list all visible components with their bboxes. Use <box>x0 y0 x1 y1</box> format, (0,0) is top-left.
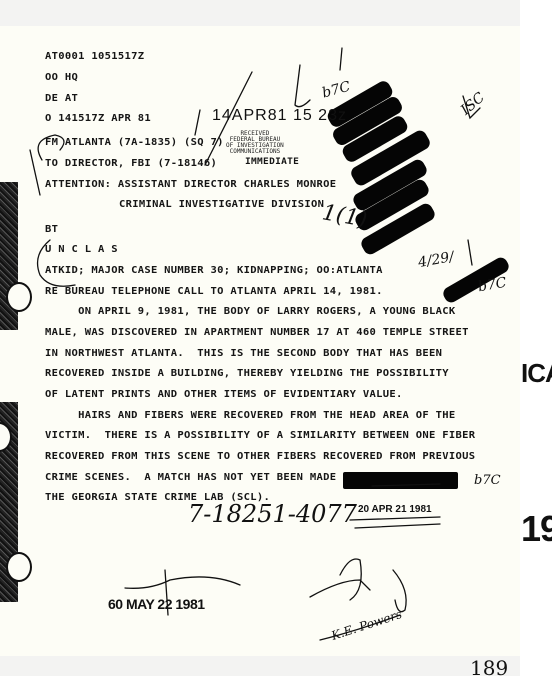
handwritten-strokes <box>0 0 552 676</box>
